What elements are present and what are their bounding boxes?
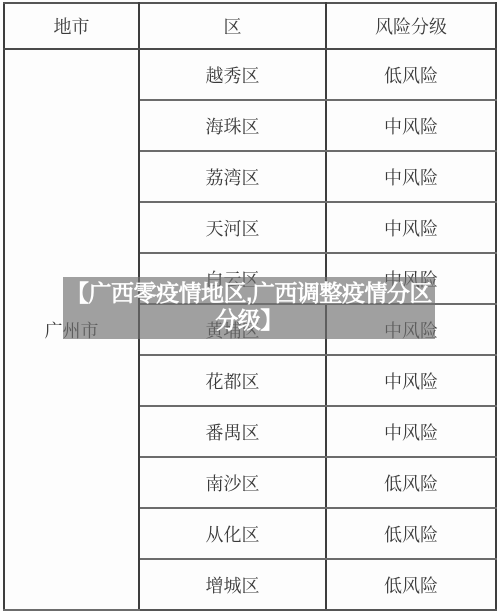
district-cell: 海珠区 (139, 100, 326, 151)
table-row: 广州市 越秀区 低风险 (4, 49, 496, 100)
district-cell: 从化区 (139, 508, 326, 559)
risk-cell: 低风险 (326, 559, 496, 610)
header-risk-level: 风险分级 (326, 3, 496, 49)
risk-cell: 低风险 (326, 457, 496, 508)
risk-cell: 低风险 (326, 508, 496, 559)
district-cell: 花都区 (139, 355, 326, 406)
overlay-caption-line2: 分级】 (63, 307, 435, 334)
screenshot-root: 地市 区 风险分级 广州市 越秀区 低风险 海珠区 中风险 荔湾区 中风险 天河… (0, 0, 500, 611)
district-cell: 天河区 (139, 202, 326, 253)
table-header-row: 地市 区 风险分级 (4, 3, 496, 49)
risk-cell: 低风险 (326, 49, 496, 100)
risk-cell: 中风险 (326, 100, 496, 151)
header-city: 地市 (4, 3, 139, 49)
risk-cell: 中风险 (326, 355, 496, 406)
district-cell: 南沙区 (139, 457, 326, 508)
district-cell: 荔湾区 (139, 151, 326, 202)
risk-cell: 中风险 (326, 151, 496, 202)
overlay-caption-line1: 【广西零疫情地区,广西调整疫情分区 (63, 280, 435, 307)
header-district: 区 (139, 3, 326, 49)
district-cell: 越秀区 (139, 49, 326, 100)
district-cell: 增城区 (139, 559, 326, 610)
risk-cell: 中风险 (326, 202, 496, 253)
district-cell: 番禺区 (139, 406, 326, 457)
overlay-caption: 【广西零疫情地区,广西调整疫情分区 分级】 (63, 277, 435, 339)
risk-cell: 中风险 (326, 406, 496, 457)
